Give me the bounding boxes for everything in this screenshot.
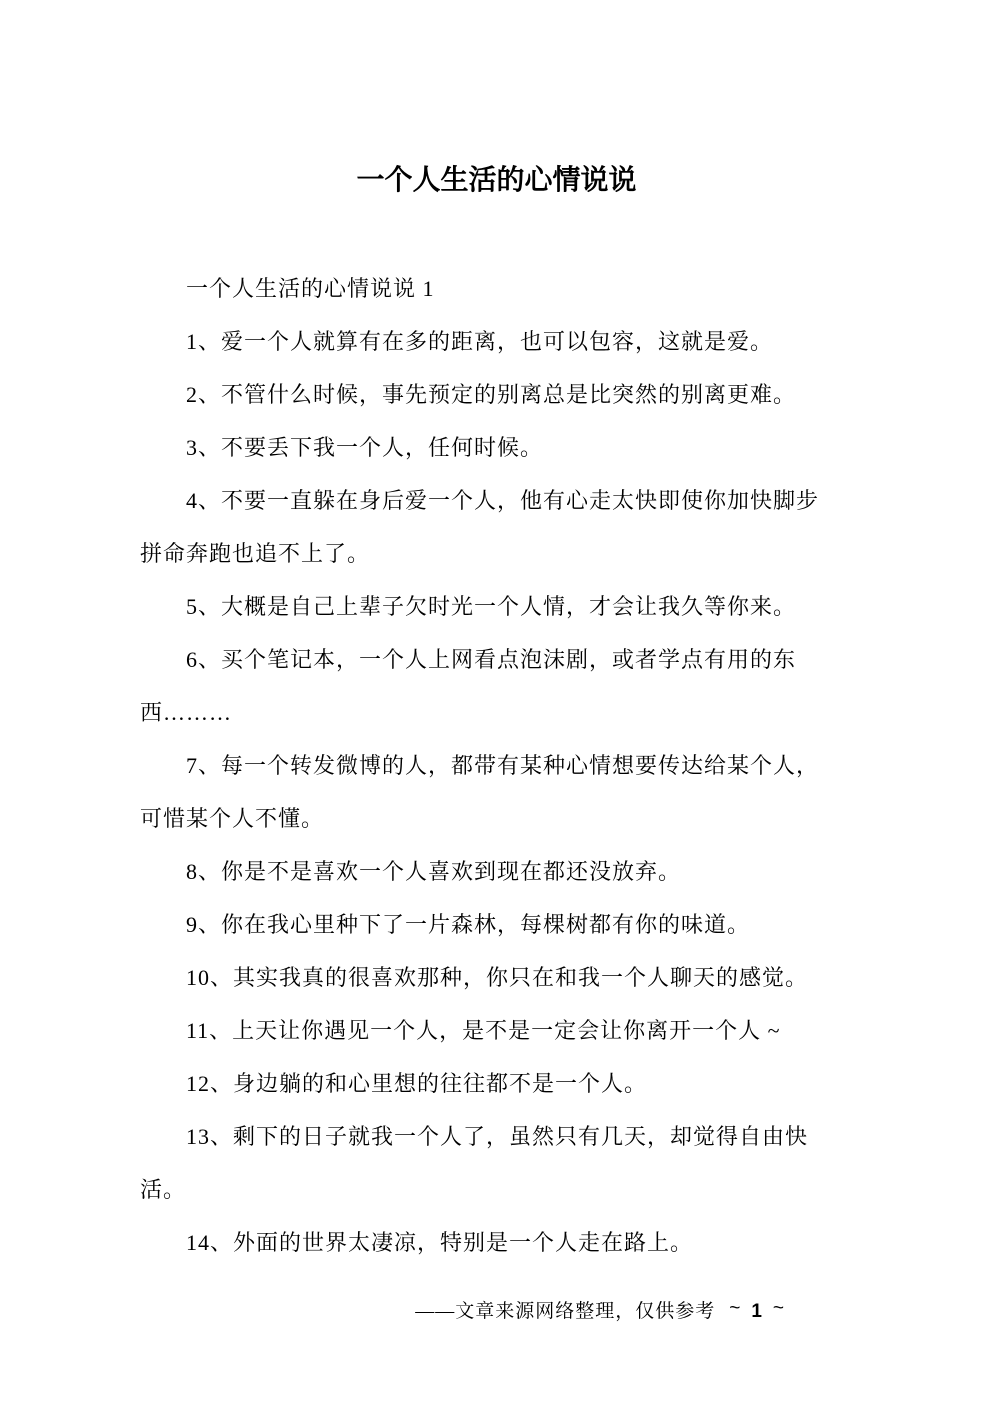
document-title-main: 一个人生活的心情 (356, 164, 580, 195)
quote-paragraph: 9、你在我心里种下了一片森林，每棵树都有你的味道。 (140, 898, 840, 951)
page-number: 1 (751, 1297, 763, 1327)
quote-paragraph: 12、身边躺的和心里想的往往都不是一个人。 (140, 1057, 840, 1110)
section-subtitle: 一个人生活的心情说说 1 (140, 262, 840, 315)
footer-source-note: ——文章来源网络整理，仅供参考 (415, 1301, 715, 1322)
quote-paragraph: 4、不要一直躲在身后爱一个人，他有心走太快即使你加快脚步拼命奔跑也追不上了。 (140, 474, 840, 580)
quote-paragraph: 5、大概是自己上辈子欠时光一个人情，才会让我久等你来。 (140, 580, 840, 633)
page-number-prefix-tilde: ~ (729, 1294, 741, 1324)
quote-paragraph: 1、爱一个人就算有在多的距离，也可以包容，这就是爱。 (140, 315, 840, 368)
quote-paragraph: 6、买个笔记本，一个人上网看点泡沫剧，或者学点有用的东西……… (140, 633, 840, 739)
quote-paragraph: 7、每一个转发微博的人，都带有某种心情想要传达给某个人，可惜某个人不懂。 (140, 739, 840, 845)
quotes-list: 一个人生活的心情说说 1 1、爱一个人就算有在多的距离，也可以包容，这就是爱。 … (140, 262, 840, 1269)
page-number-suffix-tilde: ~ (773, 1294, 785, 1324)
document-page: 一个人生活的心情说说 一个人生活的心情说说 1 1、爱一个人就算有在多的距离，也… (0, 0, 993, 1404)
page-footer: ——文章来源网络整理，仅供参考~1~ (0, 1294, 785, 1327)
quote-paragraph: 11、上天让你遇见一个人，是不是一定会让你离开一个人 ~ (140, 1004, 840, 1057)
document-title-suffix: 说说 (581, 165, 637, 196)
document-title: 一个人生活的心情说说 (0, 0, 993, 201)
quote-paragraph: 2、不管什么时候，事先预定的别离总是比突然的别离更难。 (140, 368, 840, 421)
quote-paragraph: 3、不要丢下我一个人，任何时候。 (140, 421, 840, 474)
quote-paragraph: 10、其实我真的很喜欢那种，你只在和我一个人聊天的感觉。 (140, 951, 840, 1004)
quote-paragraph: 8、你是不是喜欢一个人喜欢到现在都还没放弃。 (140, 845, 840, 898)
quote-paragraph: 13、剩下的日子就我一个人了，虽然只有几天，却觉得自由快活。 (140, 1110, 840, 1216)
quote-paragraph: 14、外面的世界太凄凉，特别是一个人走在路上。 (140, 1216, 840, 1269)
